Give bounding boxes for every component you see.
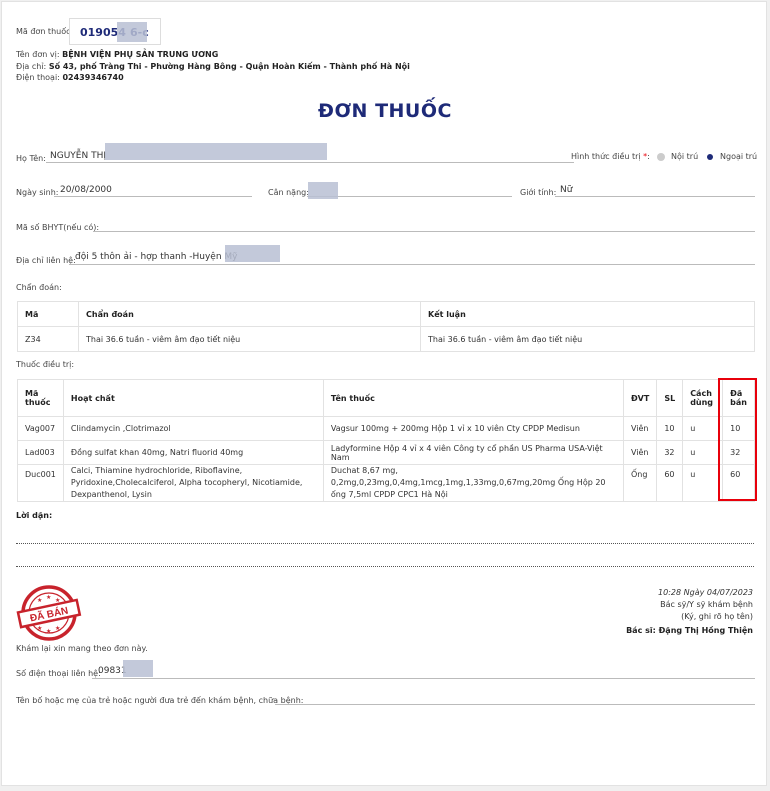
med-col-ingredient: Hoạt chất [63, 380, 323, 417]
table-row: Z34 Thai 36.6 tuần - viêm âm đạo tiết ni… [18, 327, 755, 352]
svg-text:★: ★ [55, 625, 60, 632]
radio-inpatient[interactable] [657, 153, 665, 161]
med-code-cell: Vag007 [18, 417, 64, 441]
med-col-quantity: SL [657, 380, 683, 417]
med-usage-cell: u [683, 465, 723, 502]
medicines-header-row: Mã thuốc Hoạt chất Tên thuốc ĐVT SL Cách… [18, 380, 755, 417]
advice-label: Lời dặn: [16, 511, 52, 520]
contact-address-field-line [69, 264, 755, 265]
med-col-code: Mã thuốc [18, 380, 64, 417]
diagnosis-col-diagnosis: Chẩn đoán [79, 302, 421, 327]
diagnosis-header-row: Mã Chẩn đoán Kết luận [18, 302, 755, 327]
diagnosis-table: Mã Chẩn đoán Kết luận Z34 Thai 36.6 tuần… [17, 301, 755, 352]
gender-label: Giới tính: [520, 188, 556, 197]
prescription-page: Mã đơn thuốc: 019054 6-c Tên đơn vị: BỆN… [1, 1, 767, 786]
unit-value: BỆNH VIỆN PHỤ SẢN TRUNG ƯƠNG [62, 50, 218, 59]
treatment-label-text: Hình thức điều trị [571, 152, 641, 161]
med-unit-cell: Ống [623, 465, 656, 502]
contact-address-value[interactable]: đội 5 thôn ải - hợp thanh -Huyện Mỹ [75, 252, 238, 262]
advice-line-2[interactable] [16, 566, 754, 567]
contact-address-label: Địa chỉ liên hệ: [16, 256, 76, 265]
svg-text:★: ★ [37, 625, 42, 632]
page-title: ĐƠN THUỐC [2, 100, 768, 122]
redaction-box [105, 143, 327, 160]
dob-field-line [54, 196, 252, 197]
phone-value: 02439346740 [62, 73, 123, 82]
name-label: Họ Tên: [16, 154, 46, 163]
conclusion-cell: Thai 36.6 tuần - viêm âm đạo tiết niệu [421, 327, 755, 352]
diagnosis-col-code: Mã [18, 302, 79, 327]
treatment-colon: : [647, 152, 650, 161]
unit-line: Tên đơn vị: BỆNH VIỆN PHỤ SẢN TRUNG ƯƠNG [16, 50, 218, 59]
table-row: Lad003 Đồng sulfat khan 40mg, Natri fluo… [18, 441, 755, 465]
med-unit-cell: Viên [623, 417, 656, 441]
med-quantity-cell: 32 [657, 441, 683, 465]
medicines-section-label: Thuốc điều trị: [16, 360, 74, 369]
svg-text:★: ★ [46, 594, 51, 601]
med-col-name: Tên thuốc [323, 380, 623, 417]
weight-label: Cân nặng: [268, 188, 309, 197]
diagnosis-col-conclusion: Kết luận [421, 302, 755, 327]
med-unit-cell: Viên [623, 441, 656, 465]
svg-text:★: ★ [46, 628, 51, 635]
med-name-cell: Duchat 8,67 mg, 0,2mg,0,23mg,0,4mg,1mcg,… [323, 465, 623, 502]
contact-phone-label: Số điện thoại liên hệ: [16, 669, 101, 678]
med-col-unit: ĐVT [623, 380, 656, 417]
address-value: Số 43, phố Tràng Thi - Phường Hàng Bông … [49, 62, 410, 71]
diagnosis-cell: Thai 36.6 tuần - viêm âm đạo tiết niệu [79, 327, 421, 352]
doctor-name: Bác sĩ: Đặng Thị Hồng Thiện [626, 626, 753, 635]
signature-datetime: 10:28 Ngày 04/07/2023 [658, 588, 753, 597]
med-ingredient-cell: Clindamycin ,Clotrimazol [63, 417, 323, 441]
name-value[interactable]: NGUYỄN THỊ [50, 151, 106, 161]
med-quantity-cell: 60 [657, 465, 683, 502]
signature-role: Bác sỹ/Y sỹ khám bệnh [660, 600, 753, 609]
redaction-box [308, 182, 338, 199]
revisit-note: Khám lại xin mang theo đơn này. [16, 644, 148, 653]
insurance-label: Mã số BHYT(nếu có): [16, 223, 99, 232]
phone-line: Điện thoại: 02439346740 [16, 73, 124, 82]
treatment-type-label: Hình thức điều trị *: [571, 152, 650, 161]
diagnosis-code-cell: Z34 [18, 327, 79, 352]
med-col-usage: Cách dùng [683, 380, 723, 417]
sold-stamp-icon: ★★★ ★★★ ĐÃ BÁN [15, 584, 83, 642]
address-line: Địa chỉ: Số 43, phố Tràng Thi - Phường H… [16, 62, 410, 71]
radio-inpatient-label[interactable]: Nội trú [671, 152, 698, 161]
redaction-box [225, 245, 280, 262]
medicines-table: Mã thuốc Hoạt chất Tên thuốc ĐVT SL Cách… [17, 379, 755, 502]
redaction-box [123, 660, 153, 677]
med-name-cell: Ladyformine Hộp 4 vỉ x 4 viên Công ty cổ… [323, 441, 623, 465]
name-field-line [46, 162, 574, 163]
radio-outpatient[interactable] [707, 154, 713, 160]
med-name-cell: Vagsur 100mg + 200mg Hộp 1 vỉ x 10 viên … [323, 417, 623, 441]
guardian-label: Tên bố hoặc mẹ của trẻ hoặc người đưa tr… [16, 696, 303, 705]
table-row: Vag007 Clindamycin ,Clotrimazol Vagsur 1… [18, 417, 755, 441]
gender-value[interactable]: Nữ [560, 185, 572, 195]
contact-phone-field-line [92, 678, 755, 679]
unit-label: Tên đơn vị: [16, 50, 60, 59]
med-ingredient-cell: Calci, Thiamine hydrochloride, Riboflavi… [63, 465, 323, 502]
table-row: Duc001 Calci, Thiamine hydrochloride, Ri… [18, 465, 755, 502]
signature-instruction: (Ký, ghi rõ họ tên) [681, 612, 753, 621]
med-ingredient-cell: Đồng sulfat khan 40mg, Natri fluorid 40m… [63, 441, 323, 465]
prescription-code-label: Mã đơn thuốc: [16, 27, 73, 36]
med-quantity-cell: 10 [657, 417, 683, 441]
med-code-cell: Lad003 [18, 441, 64, 465]
med-usage-cell: u [683, 441, 723, 465]
prescription-code-box: 019054 6-c [69, 18, 161, 45]
svg-text:★: ★ [37, 597, 42, 604]
sold-column-highlight [718, 378, 757, 501]
diagnosis-section-label: Chẩn đoán: [16, 283, 62, 292]
dob-value[interactable]: 20/08/2000 [60, 185, 112, 195]
radio-outpatient-label[interactable]: Ngoại trú [720, 152, 757, 161]
advice-line-1[interactable] [16, 543, 754, 544]
med-code-cell: Duc001 [18, 465, 64, 502]
address-label: Địa chỉ: [16, 62, 46, 71]
med-usage-cell: u [683, 417, 723, 441]
insurance-field-line[interactable] [93, 231, 755, 232]
gender-field-line [555, 196, 755, 197]
redaction-box [117, 22, 147, 42]
guardian-field-line[interactable] [275, 704, 755, 705]
dob-label: Ngày sinh: [16, 188, 58, 197]
phone-label: Điện thoại: [16, 73, 60, 82]
